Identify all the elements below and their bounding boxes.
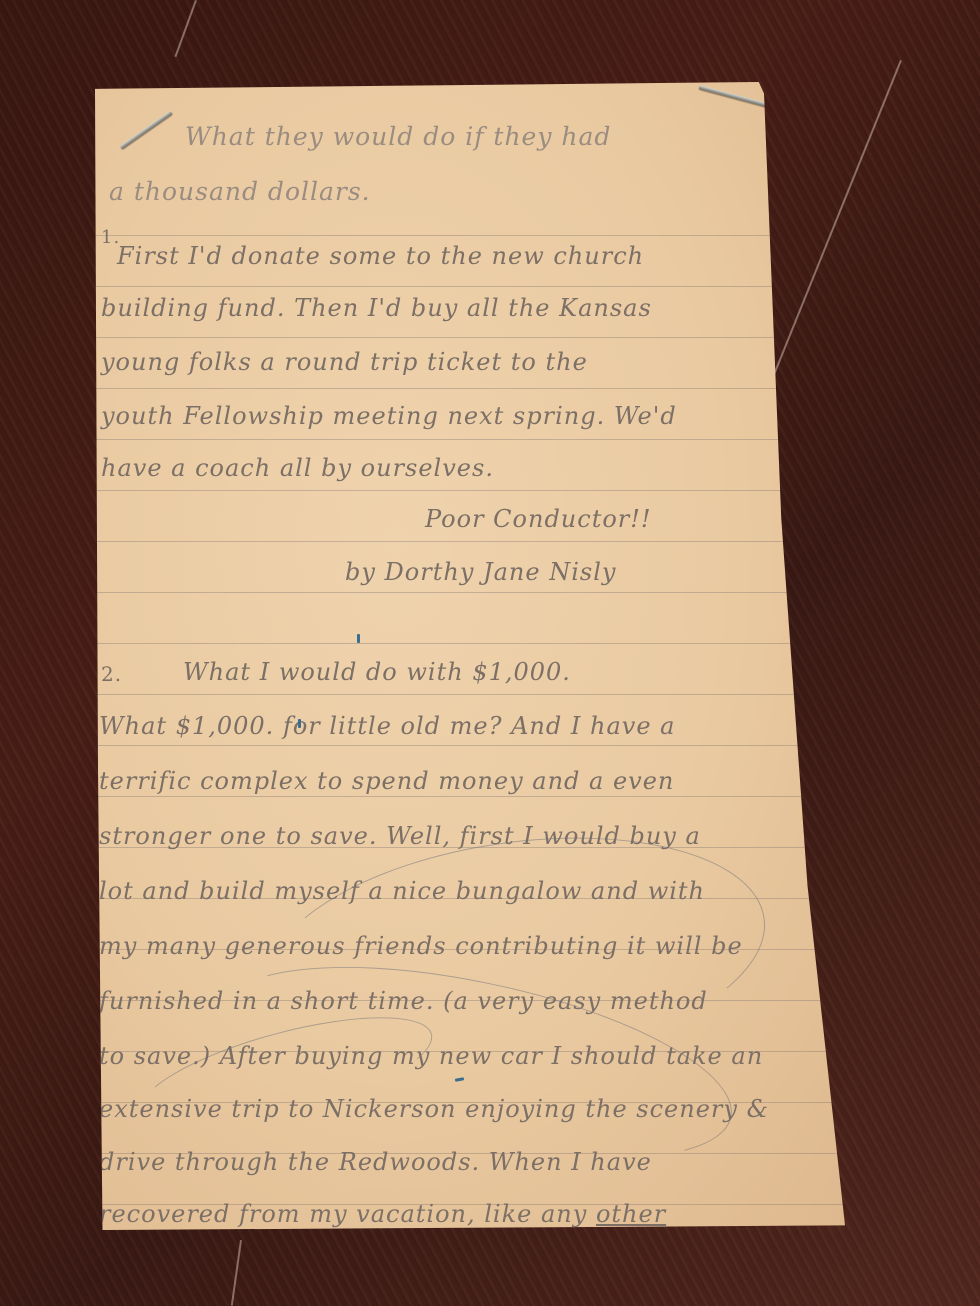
ruled-line [95, 592, 845, 593]
blue-ink-mark [298, 719, 301, 728]
ruled-line [95, 439, 845, 440]
ruled-line [95, 745, 845, 746]
entry-1-byline: by Dorthy Jane Nisly [345, 558, 616, 586]
entry-2-line: What $1,000. for little old me? And I ha… [99, 712, 675, 740]
entry-1-line: building fund. Then I'd buy all the Kans… [101, 294, 652, 322]
ruled-line [95, 796, 845, 797]
entry-2-number: 2. [101, 662, 122, 686]
ruled-line [95, 694, 845, 695]
ruled-line [95, 541, 845, 542]
heading-line-2: a thousand dollars. [109, 177, 371, 206]
entry-2-title: What I would do with $1,000. [183, 658, 571, 686]
entry-1-line: First I'd donate some to the new church [117, 242, 644, 270]
desk-scratch [773, 60, 902, 376]
entry-1-line: have a coach all by ourselves. [101, 454, 494, 482]
entry-2-line: recovered from my vacation, like any oth… [99, 1200, 666, 1228]
entry-1-line: young folks a round trip ticket to the [101, 348, 588, 376]
ruled-line [95, 490, 845, 491]
entry-2-last-line-text: recovered from my vacation, like any [99, 1200, 587, 1228]
ruled-line [95, 337, 845, 338]
entry-1-closing: Poor Conductor!! [425, 505, 652, 533]
handwritten-page: What they would do if they had a thousan… [95, 82, 845, 1230]
underlined-word: other [596, 1200, 666, 1228]
entry-1-line: youth Fellowship meeting next spring. We… [101, 402, 677, 430]
ruled-line [95, 643, 845, 644]
heading-line-1: What they would do if they had [185, 122, 611, 151]
desk-scratch [231, 1240, 242, 1306]
entry-2-line: terrific complex to spend money and a ev… [99, 767, 674, 795]
staple-right [699, 85, 768, 107]
desk-scratch [174, 0, 196, 57]
ruled-line [95, 235, 845, 236]
blue-ink-mark [357, 634, 360, 643]
ruled-line [95, 286, 845, 287]
ruled-line [95, 388, 845, 389]
staple-left [119, 111, 172, 150]
